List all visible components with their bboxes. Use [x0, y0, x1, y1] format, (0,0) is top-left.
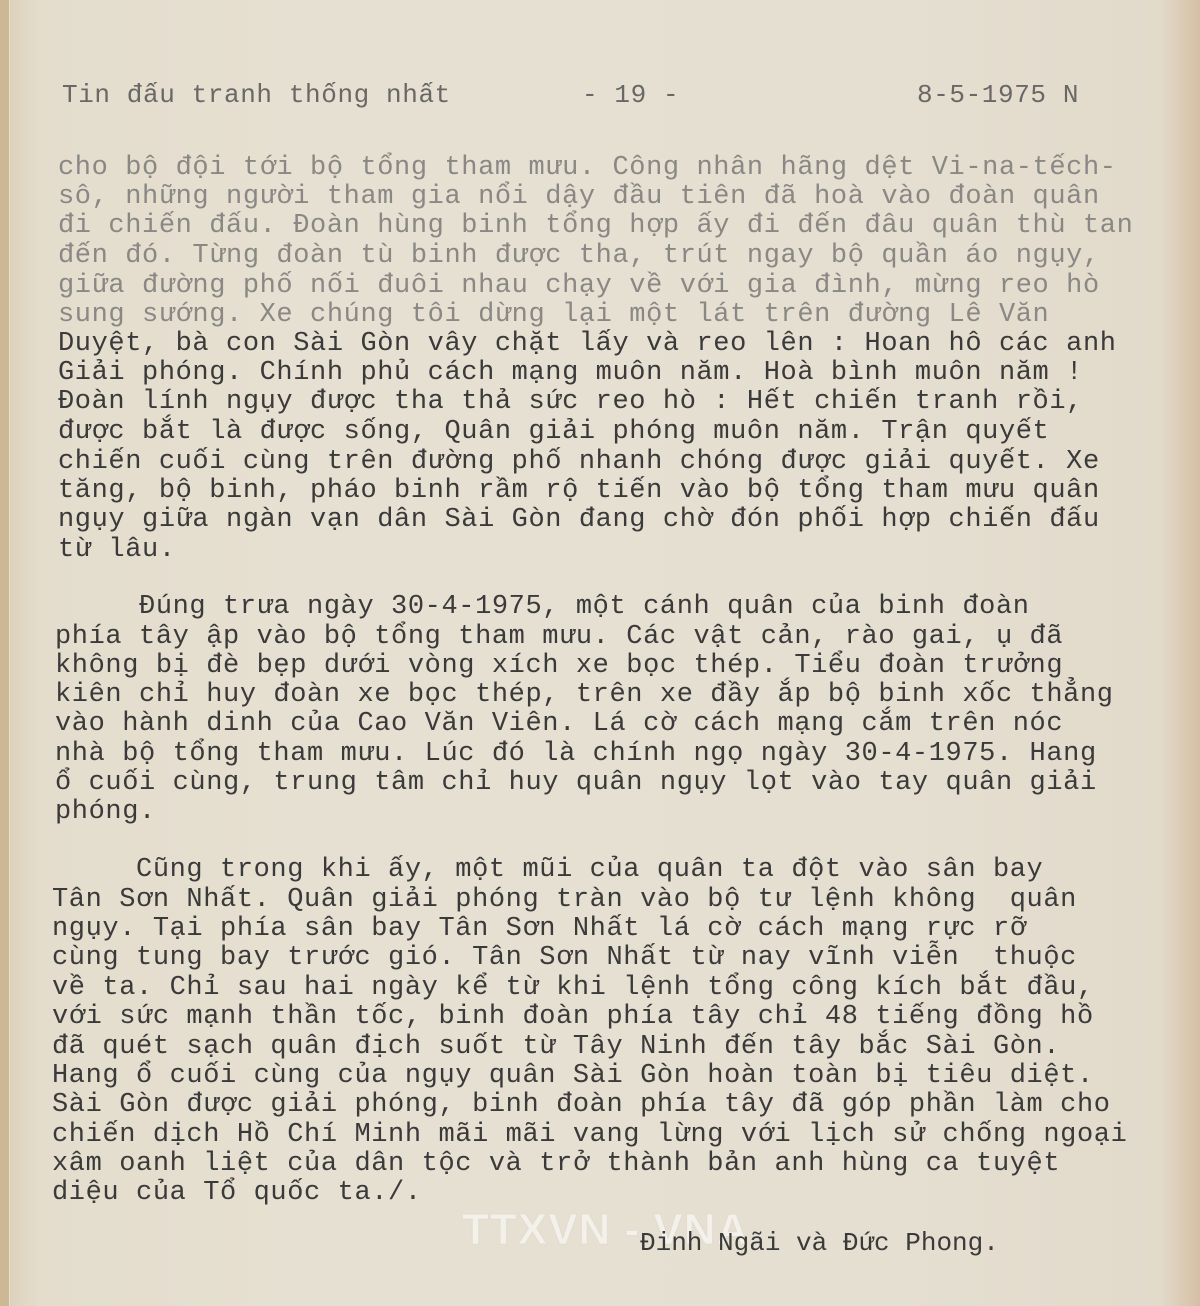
text-line: đi chiến đấu. Đoàn hùng binh tổng hợp ấy…	[58, 211, 1133, 241]
paragraph-3: Cũng trong khi ấy, một mũi của quân ta đ…	[52, 855, 119, 1275]
text-line: Cũng trong khi ấy, một mũi của quân ta đ…	[52, 855, 1043, 885]
text-line: ngụy giữa ngàn vạn dân Sài Gòn đang chờ …	[58, 505, 1100, 535]
text-line: diệu của Tổ quốc ta./.	[52, 1178, 422, 1208]
paper-edge	[0, 0, 10, 1306]
text-line: Hang ổ cuối cùng của ngụy quân Sài Gòn h…	[52, 1061, 1094, 1091]
text-line: đã quét sạch quân địch suốt từ Tây Ninh …	[52, 1032, 1060, 1062]
text-line: từ lâu.	[58, 535, 176, 565]
text-line: ngụy. Tại phía sân bay Tân Sơn Nhất lá c…	[52, 914, 1027, 944]
page-number: - 19 -	[582, 80, 679, 110]
paragraph-1: cho bộ đội tới bộ tổng tham mưu. Công nh…	[58, 153, 125, 633]
text-line: sung sướng. Xe chúng tôi dừng lại một lá…	[58, 300, 1049, 330]
text-line: Đoàn lính ngụy được tha thả sức reo hò :…	[58, 387, 1083, 417]
header-title: Tin đấu tranh thống nhất	[62, 80, 451, 110]
text-line: với sức mạnh thần tốc, binh đoàn phía tâ…	[52, 1002, 1094, 1032]
text-line: ổ cuối cùng, trung tâm chỉ huy quân ngụy…	[55, 768, 1097, 798]
text-line: nhà bộ tổng tham mưu. Lúc đó là chính ng…	[55, 739, 1097, 769]
document-page: Tin đấu tranh thống nhất - 19 - 8-5-1975…	[0, 0, 1200, 1306]
text-line: được bắt là được sống, Quân giải phóng m…	[58, 417, 1049, 447]
text-line: vào hành dinh của Cao Văn Viên. Lá cờ cá…	[55, 709, 1063, 739]
text-line: phía tây ập vào bộ tổng tham mưu. Các vậ…	[55, 622, 1063, 652]
text-line: Duyệt, bà con Sài Gòn vây chặt lấy và re…	[58, 329, 1117, 359]
paragraph-2: Đúng trưa ngày 30-4-1975, một cánh quân …	[55, 592, 122, 892]
text-line: sô, những người tham gia nổi dậy đầu tiê…	[58, 182, 1100, 212]
text-line: Đúng trưa ngày 30-4-1975, một cánh quân …	[55, 592, 1030, 622]
text-line: Tân Sơn Nhất. Quân giải phóng tràn vào b…	[52, 885, 1077, 915]
text-line: giữa đường phố nối đuôi nhau chạy về với…	[58, 271, 1100, 301]
text-line: chiến dịch Hồ Chí Minh mãi mãi vang lừng…	[52, 1120, 1127, 1150]
text-line: chiến cuối cùng trên đường phố nhanh chó…	[58, 447, 1100, 477]
header-date: 8-5-1975 N	[917, 80, 1079, 110]
text-line: phóng.	[55, 797, 156, 827]
text-line: xâm oanh liệt của dân tộc và trở thành b…	[52, 1149, 1060, 1179]
text-line: đến đó. Từng đoàn tù binh được tha, trút…	[58, 241, 1100, 271]
text-line: Sài Gòn được giải phóng, binh đoàn phía …	[52, 1090, 1111, 1120]
text-line: cho bộ đội tới bộ tổng tham mưu. Công nh…	[58, 153, 1117, 183]
text-line: Giải phóng. Chính phủ cách mạng muôn năm…	[58, 358, 1083, 388]
page-header: Tin đấu tranh thống nhất - 19 - 8-5-1975…	[62, 80, 1122, 120]
text-line: về ta. Chỉ sau hai ngày kể từ khi lệnh t…	[52, 973, 1094, 1003]
text-line: cùng tung bay trước gió. Tân Sơn Nhất từ…	[52, 943, 1077, 973]
text-line: không bị đè bẹp dưới vòng xích xe bọc th…	[55, 651, 1063, 681]
author-signature: Đinh Ngãi và Đức Phong.	[640, 1228, 999, 1258]
text-line: tăng, bộ binh, pháo binh rầm rộ tiến vào…	[58, 476, 1100, 506]
text-line: kiên chỉ huy đoàn xe bọc thép, trên xe đ…	[55, 680, 1114, 710]
